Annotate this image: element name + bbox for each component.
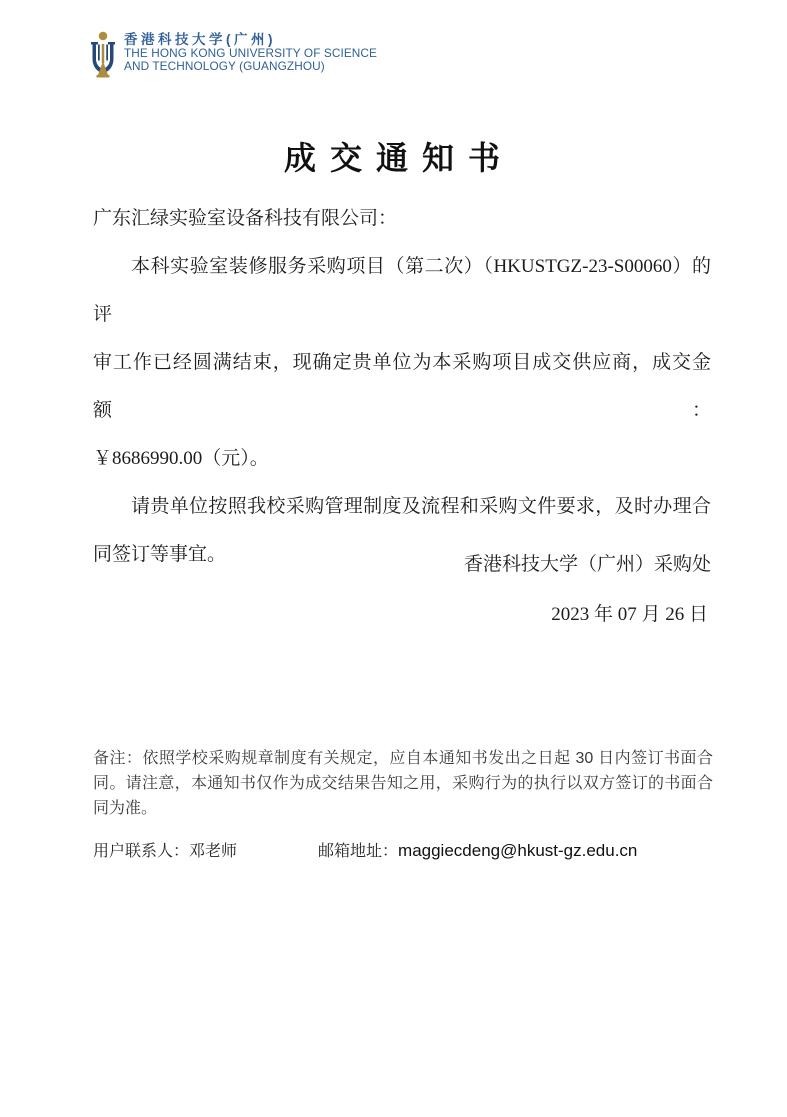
paragraph1-line2: 审工作已经圆满结束，现确定贵单位为本采购项目成交供应商，成交金额： xyxy=(93,339,711,435)
notice-title: 成 交 通 知 书 xyxy=(0,133,787,179)
paragraph2-line1: 请贵单位按照我校采购管理制度及流程和采购文件要求，及时办理合 xyxy=(93,483,711,531)
remark-note: 备注：依照学校采购规章制度有关规定，应自本通知书发出之日起 30 日内签订书面合… xyxy=(93,746,713,821)
signature-date: 2023 年 07 月 26 日 xyxy=(551,599,708,626)
contact-row: 用户联系人：邓老师 邮箱地址： maggiecdeng@hkust-gz.edu… xyxy=(93,838,713,861)
hkust-emblem-icon xyxy=(91,31,115,81)
addressee-line: 广东汇绿实验室设备科技有限公司： xyxy=(93,195,711,243)
email-group: 邮箱地址： maggiecdeng@hkust-gz.edu.cn xyxy=(318,838,637,861)
paragraph1-line3-amount: ￥8686990.00（元）。 xyxy=(93,435,711,483)
university-name-block: 香港科技大学(广州) THE HONG KONG UNIVERSITY OF S… xyxy=(124,31,377,73)
university-logo: 香港科技大学(广州) THE HONG KONG UNIVERSITY OF S… xyxy=(91,31,377,81)
document-page: 香港科技大学(广州) THE HONG KONG UNIVERSITY OF S… xyxy=(0,0,787,1117)
letter-body: 广东汇绿实验室设备科技有限公司： 本科实验室装修服务采购项目（第二次）（HKUS… xyxy=(93,195,711,579)
email-address: maggiecdeng@hkust-gz.edu.cn xyxy=(398,841,637,861)
email-label: 邮箱地址： xyxy=(318,838,398,861)
university-name-en-line2: AND TECHNOLOGY (GUANGZHOU) xyxy=(124,60,377,73)
university-name-cn: 香港科技大学(广州) xyxy=(124,32,377,47)
contact-person: 用户联系人：邓老师 xyxy=(93,838,237,861)
paragraph1-line1: 本科实验室装修服务采购项目（第二次）（HKUSTGZ-23-S00060）的评 xyxy=(93,243,711,339)
signature-organization: 香港科技大学（广州）采购处 xyxy=(464,549,711,576)
